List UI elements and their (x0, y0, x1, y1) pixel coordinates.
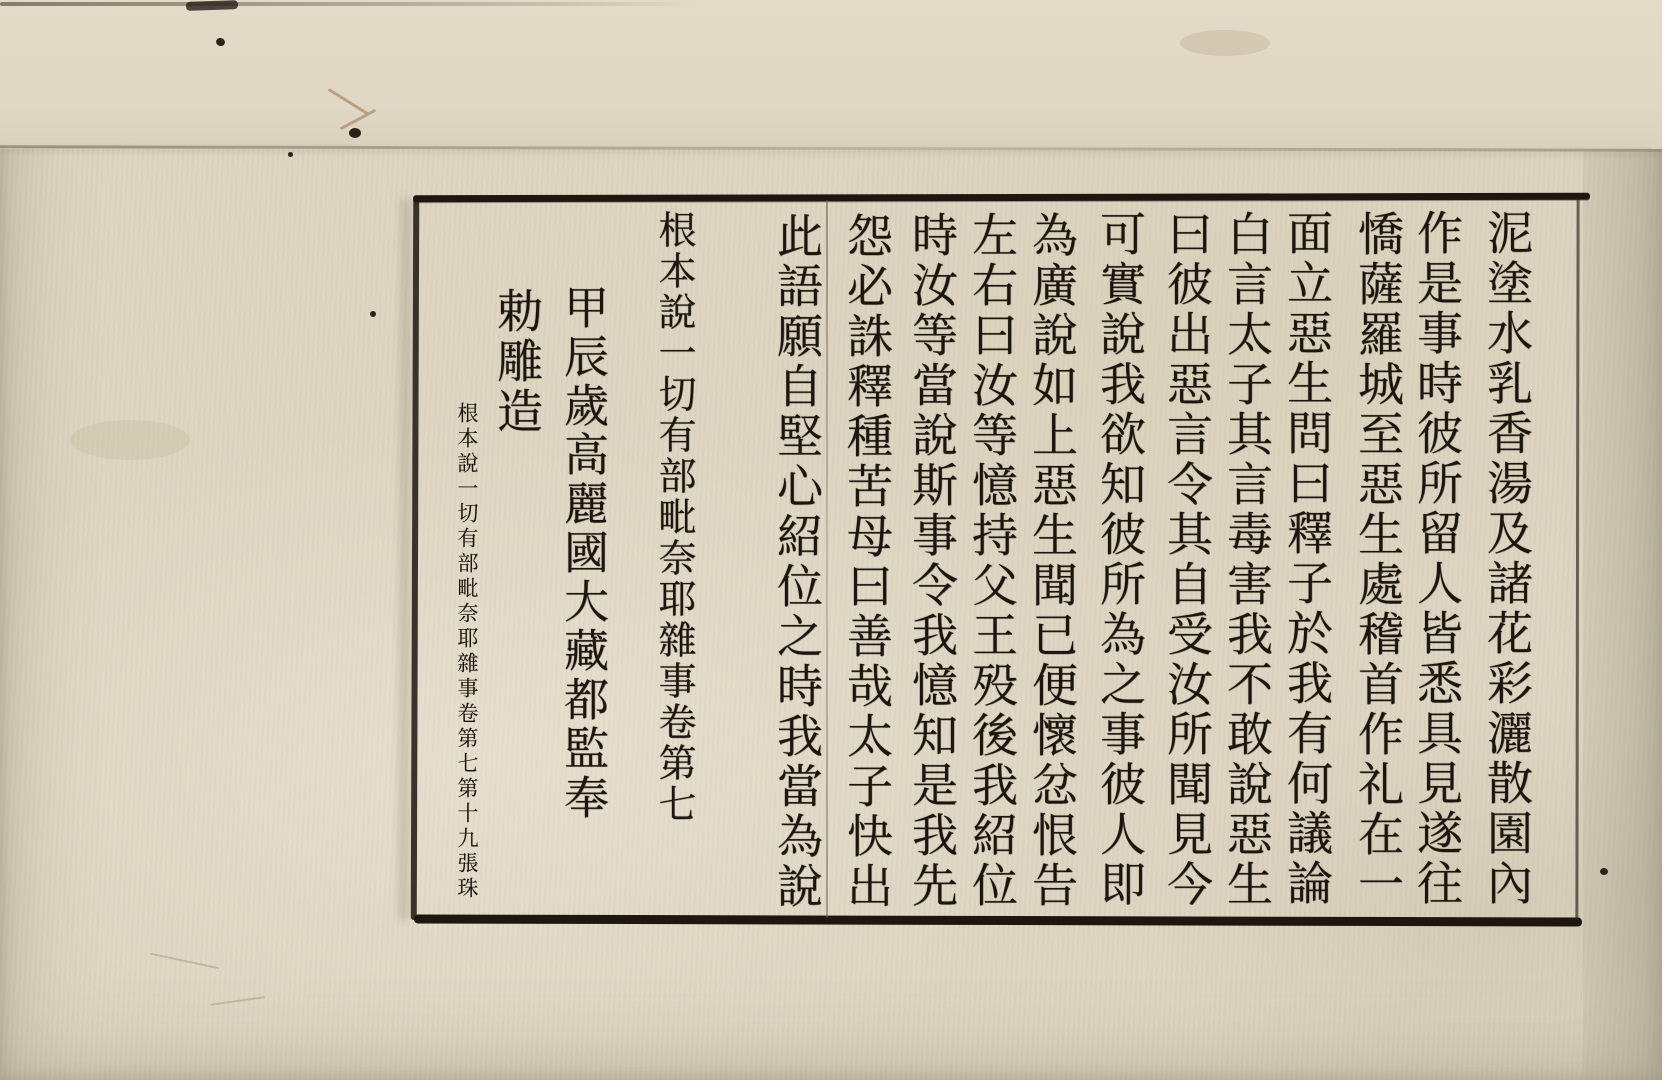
main-text-column: 時汝等當說斯事令我憶知是我先 (895, 211, 955, 913)
main-text-column: 面立惡生問曰釋子於我有何議論 (1270, 209, 1330, 911)
paper-right-margin-shading (1583, 149, 1662, 1080)
paper-top-edge-ink-mark (186, 0, 238, 11)
block-border-top (413, 193, 1590, 202)
main-text-column: 曰彼出惡言令其自受汝所聞見今 (1150, 210, 1210, 912)
paper-fiber (210, 996, 265, 1006)
paper-top-edge-shadow (0, 2, 700, 6)
paper-fiber (151, 953, 220, 970)
main-text-column: 左右曰汝等憶持父王殁後我紹位 (955, 211, 1015, 913)
paper-speck (349, 128, 361, 138)
paper-top-band (0, 0, 1662, 149)
sheet-mark-column: 根本說一切有部毗奈耶雜事卷第七第十九張珠 (447, 402, 477, 914)
main-text-column: 泥塗水乳香湯及諸花彩灑散園內 (1470, 209, 1530, 911)
main-text-column: 怨必誅釋種苦母曰善哉太子快出 (830, 212, 890, 914)
block-border-right (1575, 198, 1579, 920)
scanned-page: 泥塗水乳香湯及諸花彩灑散園內 作是事時彼所留人皆悉具見遂往 憍薩羅城至惡生處稽首… (0, 0, 1662, 1080)
paper-speck (1600, 868, 1608, 875)
paper-speck (370, 311, 376, 317)
main-text-column: 作是事時彼所留人皆悉具見遂往 (1400, 209, 1460, 911)
block-border-bottom (414, 914, 1582, 926)
colophon-column-1: 甲辰歲高麗國大藏都監奉 (547, 284, 605, 829)
main-text-column: 為廣說如上惡生聞已便懷忿恨告 (1015, 211, 1075, 913)
end-title-column: 根本說一切有部毗奈耶雜事卷第七 (641, 210, 693, 840)
paper-stain (1180, 30, 1270, 56)
page-center-fold-line (826, 200, 828, 918)
colophon-column-2: 勅雕造 (482, 287, 540, 442)
block-border-left (411, 198, 420, 920)
main-text-column: 可實說我欲知彼所為之事彼人即 (1083, 210, 1143, 912)
paper-stain (70, 420, 190, 460)
main-text-column: 憍薩羅城至惡生處稽首作礼在一 (1341, 210, 1401, 912)
main-text-column: 此語願自堅心紹位之時我當為說 (760, 212, 820, 914)
paper-speck (288, 152, 293, 157)
main-text-column: 白言太子其言毒害我不敢說惡生 (1210, 210, 1270, 912)
